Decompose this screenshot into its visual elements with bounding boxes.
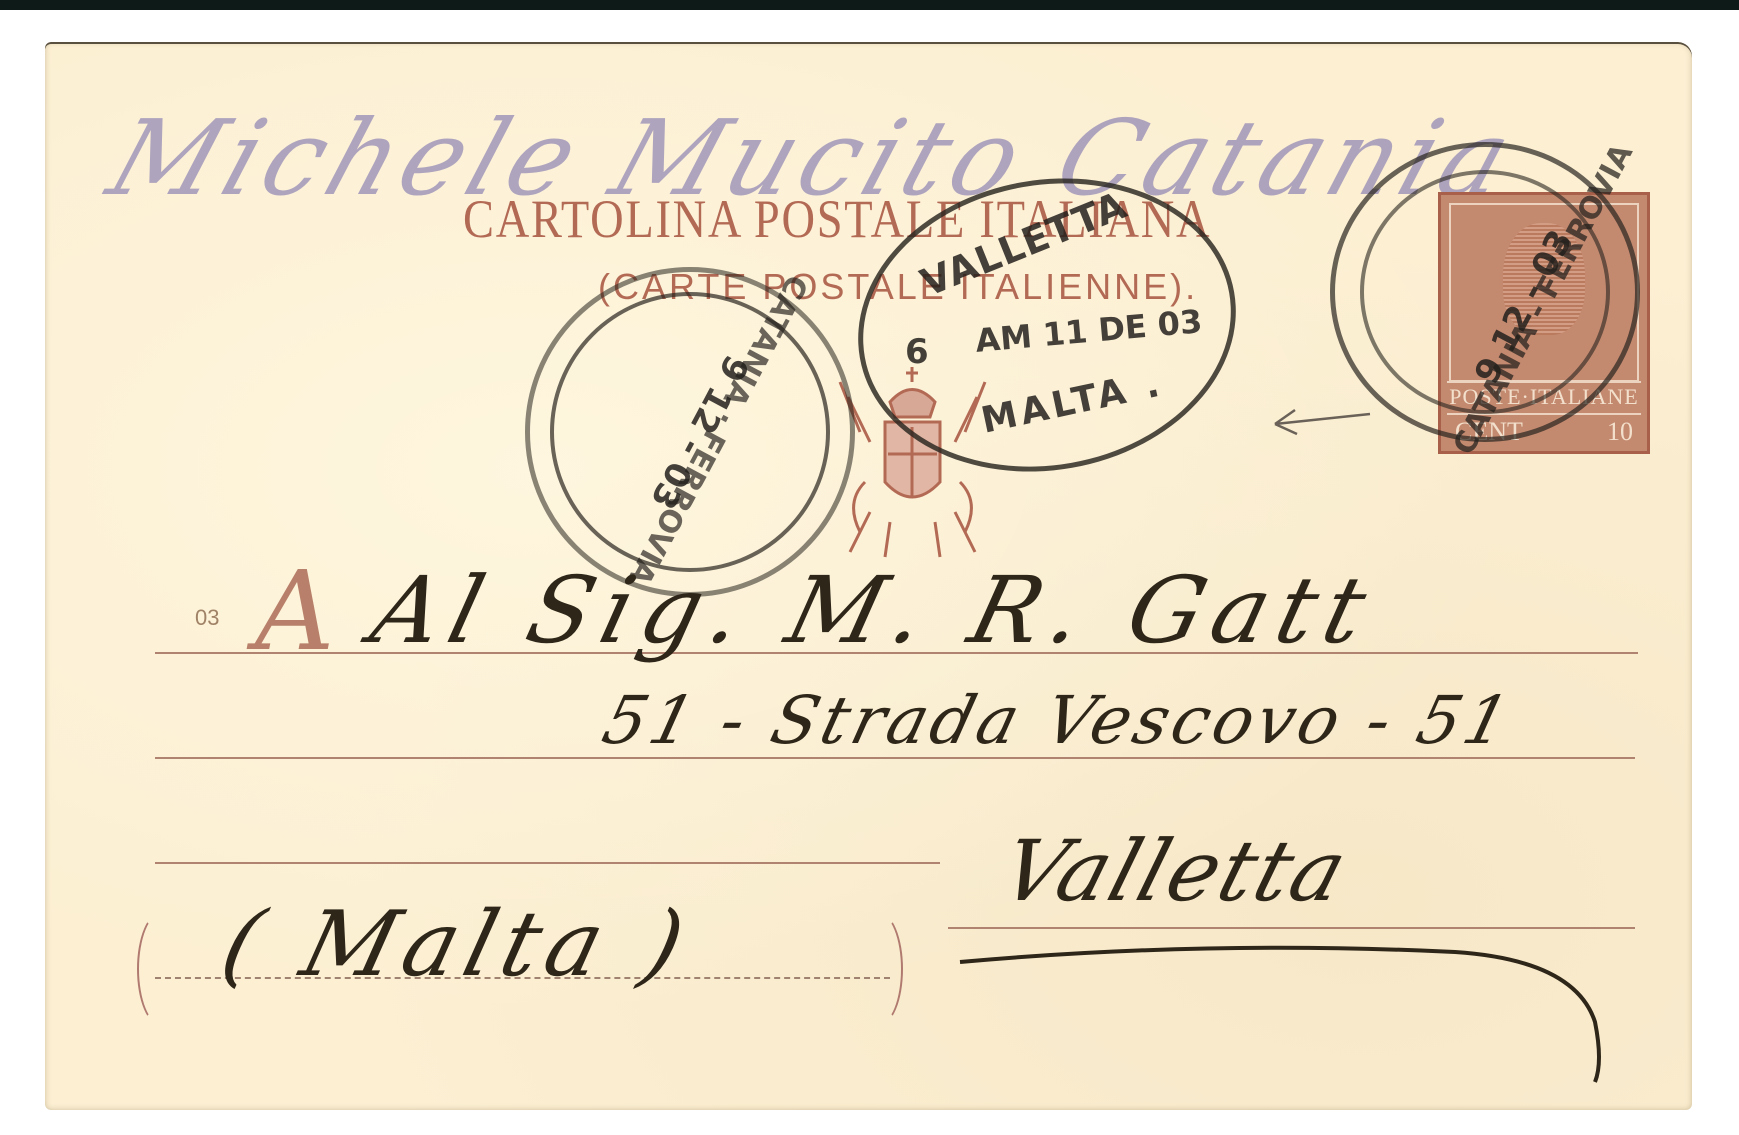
city-handwriting: Valletta: [991, 822, 1359, 920]
street-handwriting: 51 - Strada Vescovo - 51: [595, 682, 1520, 759]
stamp-value-number: 10: [1607, 415, 1633, 449]
form-number: 03: [195, 605, 219, 631]
postcard: Michele Mucito Catania CARTOLINA POSTALE…: [45, 42, 1692, 1110]
valletta-postmark-number: 6: [905, 332, 929, 372]
address-line-3-right: [948, 927, 1635, 929]
left-parenthesis: [137, 912, 185, 1026]
scan-top-edge: [0, 0, 1739, 10]
country-handwriting: ( Malta ): [212, 892, 702, 997]
addressee-handwriting: Al Sig. M. R. Gatt: [362, 557, 1386, 664]
printed-initial: A: [255, 547, 334, 675]
address-line-3-left: [155, 862, 940, 864]
arrow-left-icon: [1265, 402, 1375, 442]
flourish-underline: [955, 942, 1635, 1092]
right-parenthesis: [855, 912, 903, 1026]
